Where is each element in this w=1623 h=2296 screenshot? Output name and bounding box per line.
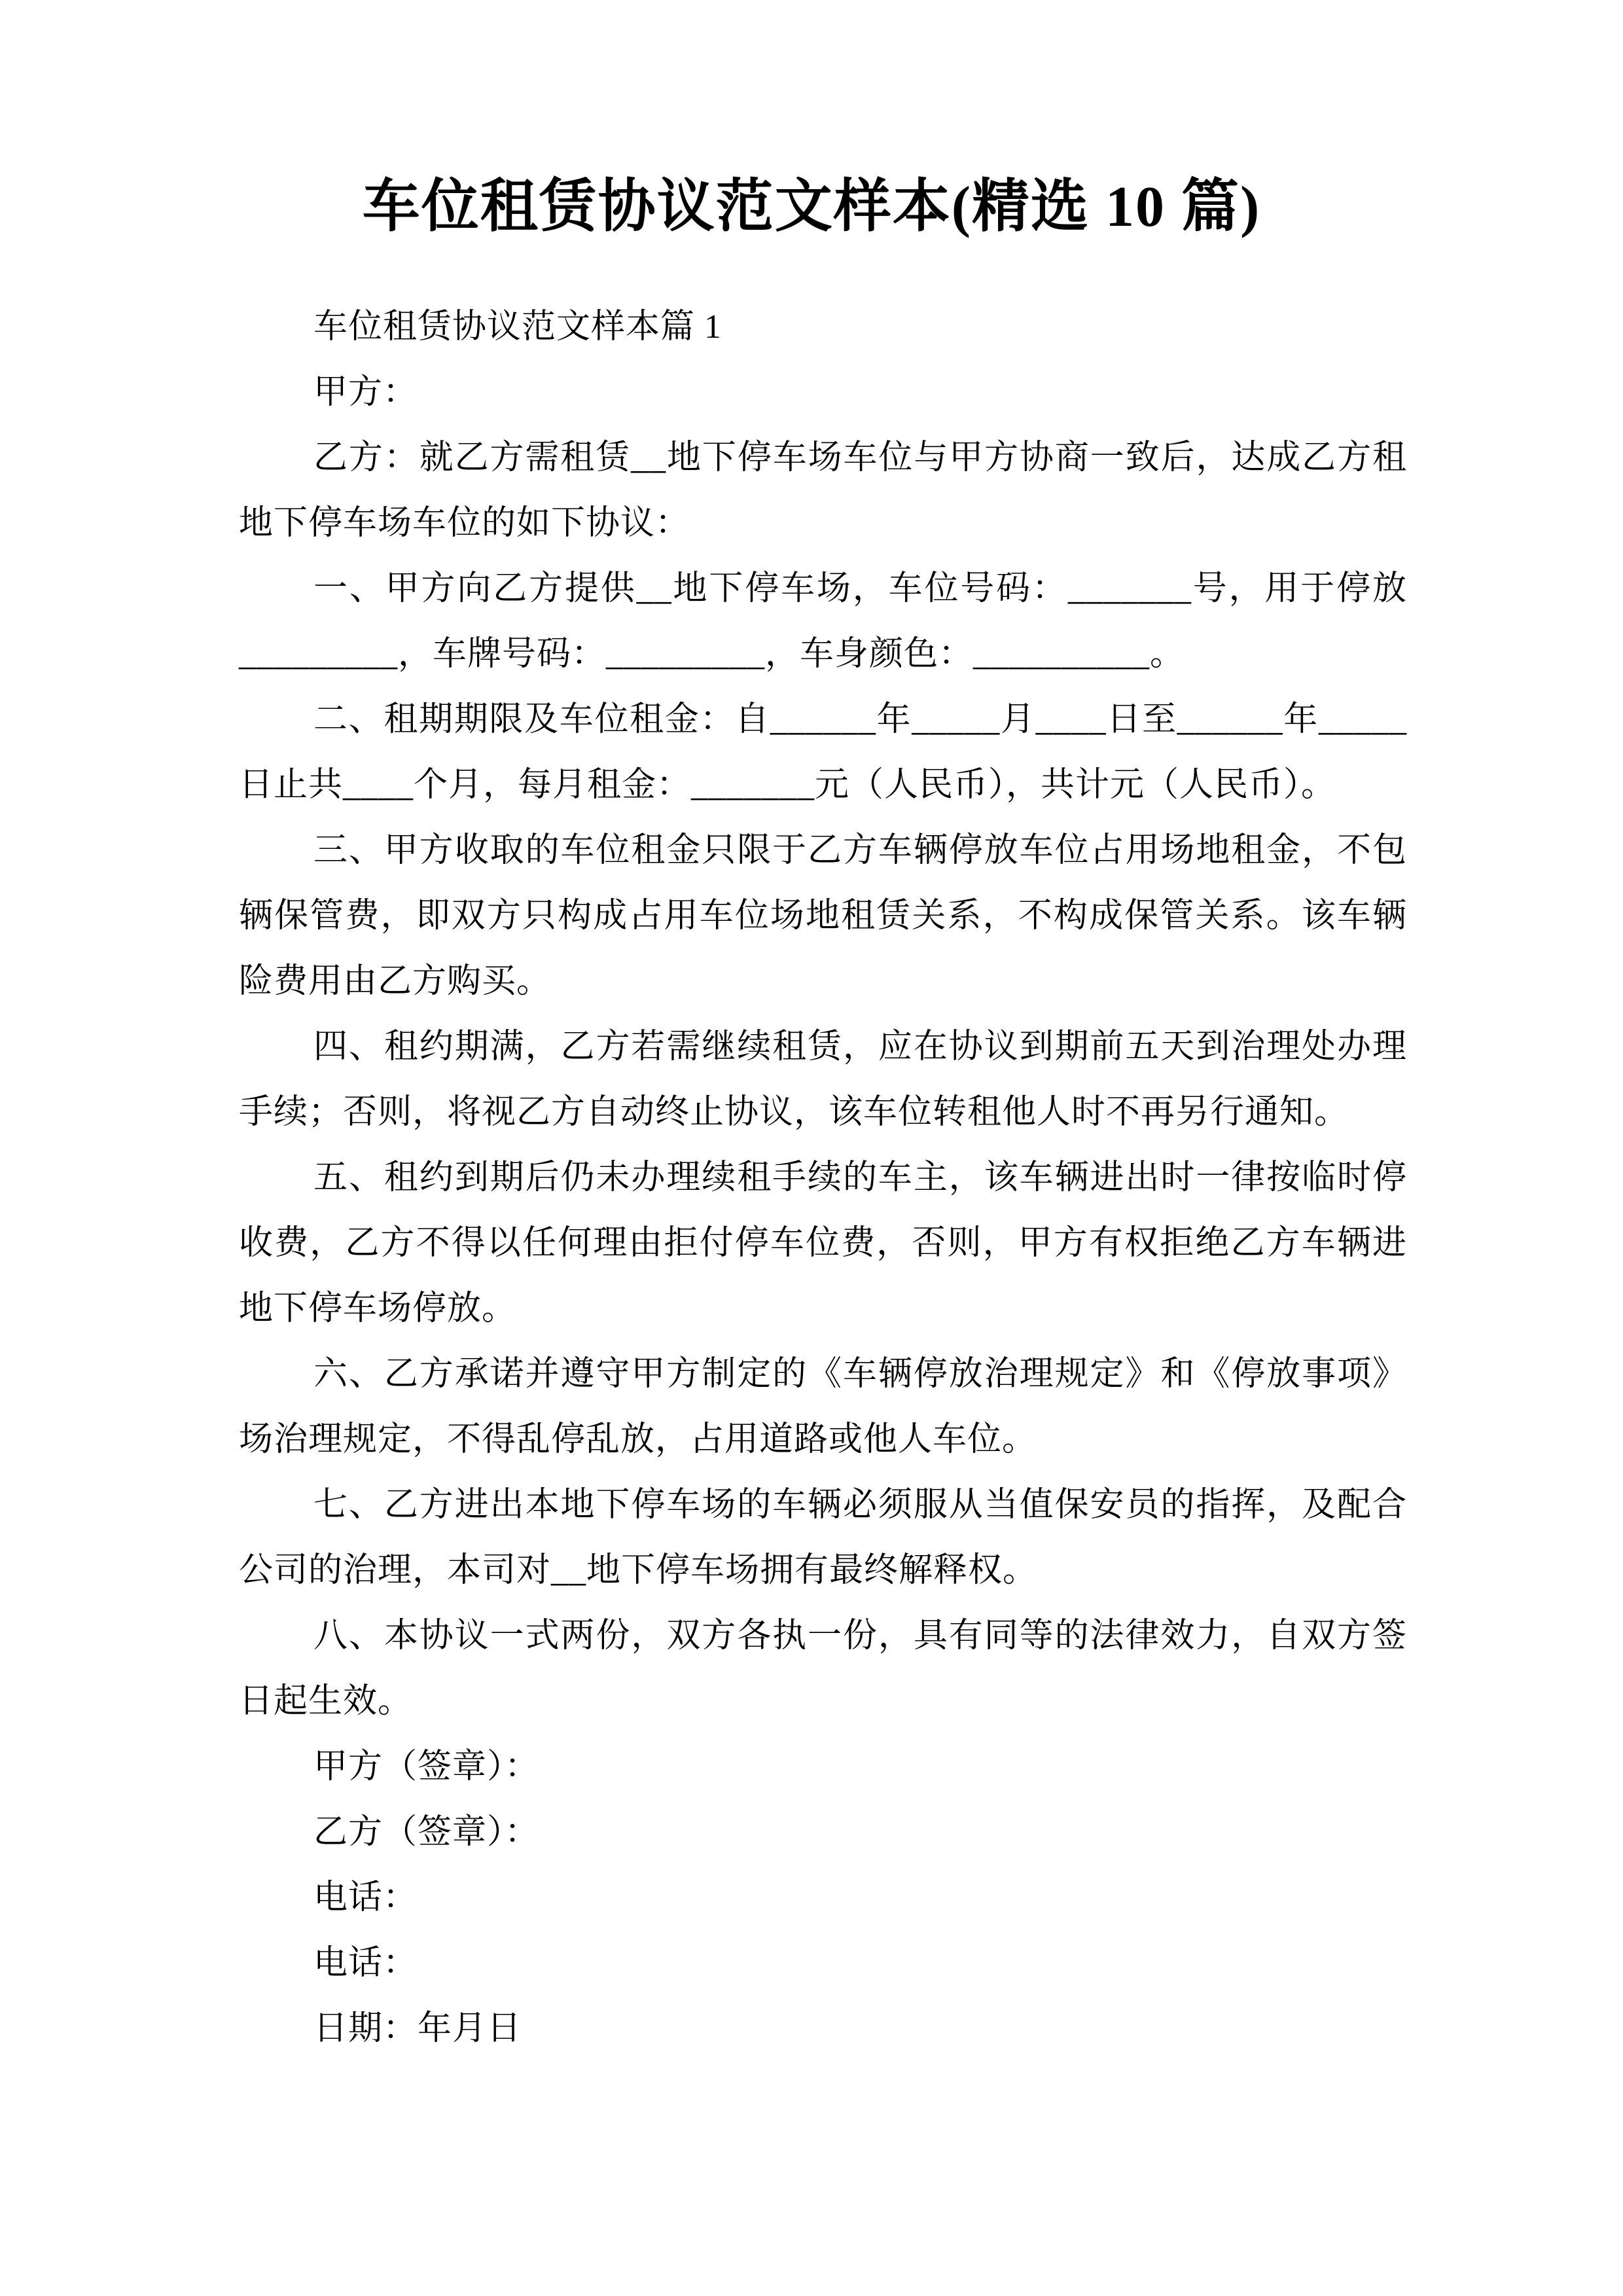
text-line: 地下停车场停放。 (239, 1276, 1407, 1342)
text-line: 乙方（签章）： (239, 1800, 1407, 1865)
text-line: 地下停车场车位的如下协议： (239, 491, 1407, 556)
text-line: 五、租约到期后仍未办理续租手续的车主，该车辆进出时一律按临时停车位 (239, 1145, 1407, 1211)
text-line: 日期：年月日 (239, 1996, 1407, 2062)
text-line: 辆保管费，即双方只构成占用车位场地租赁关系，不构成保管关系。该车辆的保 (239, 884, 1407, 949)
text-line: _________，车牌号码：_________，车身颜色：__________… (239, 622, 1407, 687)
document-body: 车位租赁协议范文样本篇 1甲方：乙方：就乙方需租赁__地下停车场车位与甲方协商一… (239, 295, 1407, 2062)
text-line: 日止共____个月，每月租金：_______元（人民币），共计元（人民币）。 (239, 753, 1407, 818)
text-line: 车位租赁协议范文样本篇 1 (239, 295, 1407, 360)
text-line: 六、乙方承诺并遵守甲方制定的《车辆停放治理规定》和《停放事项》等车 (239, 1342, 1407, 1407)
text-line: 险费用由乙方购买。 (239, 949, 1407, 1014)
text-line: 八、本协议一式两份，双方各执一份，具有同等的法律效力，自双方签字之 (239, 1604, 1407, 1669)
text-line: 乙方：就乙方需租赁__地下停车场车位与甲方协商一致后，达成乙方租赁__ (239, 425, 1407, 491)
text-line: 手续；否则，将视乙方自动终止协议，该车位转租他人时不再另行通知。 (239, 1080, 1407, 1145)
text-line: 场治理规定，不得乱停乱放，占用道路或他人车位。 (239, 1407, 1407, 1473)
document-page: 车位租赁协议范文样本(精选 10 篇) 车位租赁协议范文样本篇 1甲方：乙方：就… (0, 0, 1623, 2296)
text-line: 一、甲方向乙方提供__地下停车场，车位号码：_______号，用于停放车型： (239, 556, 1407, 622)
text-line: 四、租约期满，乙方若需继续租赁，应在协议到期前五天到治理处办理租凭 (239, 1014, 1407, 1080)
text-line: 日起生效。 (239, 1669, 1407, 1734)
document-title: 车位租赁协议范文样本(精选 10 篇) (0, 0, 1623, 243)
text-line: 甲方（签章）： (239, 1734, 1407, 1800)
text-line: 三、甲方收取的车位租金只限于乙方车辆停放车位占用场地租金，不包含车 (239, 818, 1407, 884)
text-line: 收费，乙方不得以任何理由拒付停车位费，否则，甲方有权拒绝乙方车辆进入__ (239, 1211, 1407, 1276)
text-line: 电话： (239, 1865, 1407, 1931)
text-line: 二、租期期限及车位租金：自______年_____月____日至______年_… (239, 687, 1407, 753)
text-line: 七、乙方进出本地下停车场的车辆必须服从当值保安员的指挥，及配合物业 (239, 1473, 1407, 1538)
text-line: 甲方： (239, 360, 1407, 425)
text-line: 电话： (239, 1931, 1407, 1996)
text-line: 公司的治理，本司对__地下停车场拥有最终解释权。 (239, 1538, 1407, 1604)
